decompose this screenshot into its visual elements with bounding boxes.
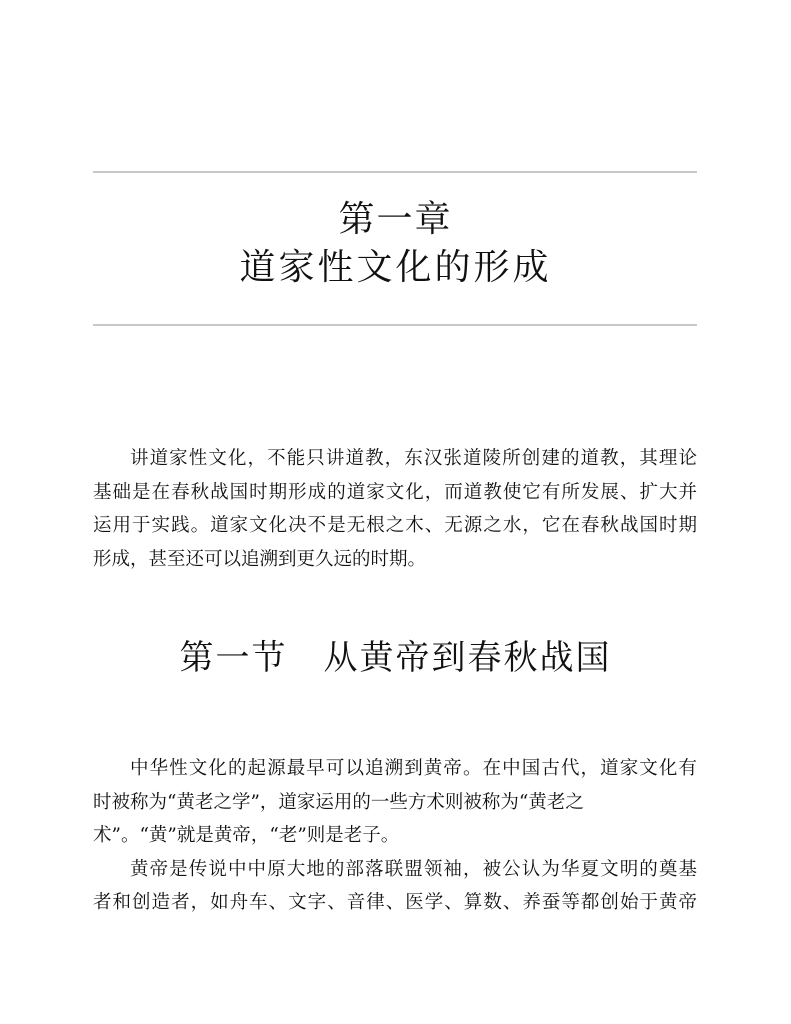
body-line: 中华性文化的起源最早可以追溯到黄帝。在中国古代，道家文化有 bbox=[93, 752, 697, 786]
chapter-title: 道家性文化的形成 bbox=[0, 246, 791, 290]
body-line: 时被称为“黄老之学”，道家运用的一些方术则被称为“黄老之 bbox=[93, 786, 697, 820]
intro-line: 基础是在春秋战国时期形成的道家文化，而道教使它有所发展、扩大并 bbox=[93, 476, 697, 510]
chapter-bottom-rule bbox=[93, 324, 697, 326]
intro-line: 形成，甚至还可以追溯到更久远的时期。 bbox=[93, 543, 697, 577]
section-title: 第一节 从黄帝到春秋战国 bbox=[0, 636, 791, 680]
body-line: 者和创造者，如舟车、文字、音律、医学、算数、养蚕等都创始于黄帝 bbox=[93, 886, 697, 920]
chapter-number: 第一章 bbox=[0, 198, 791, 242]
body-paragraph: 中华性文化的起源最早可以追溯到黄帝。在中国古代，道家文化有 时被称为“黄老之学”… bbox=[93, 752, 697, 920]
body-line: 术”。“黄”就是黄帝，“老”则是老子。 bbox=[93, 819, 697, 853]
intro-line: 运用于实践。道家文化决不是无根之木、无源之水，它在春秋战国时期 bbox=[93, 509, 697, 543]
intro-line: 讲道家性文化，不能只讲道教，东汉张道陵所创建的道教，其理论 bbox=[93, 442, 697, 476]
intro-paragraph: 讲道家性文化，不能只讲道教，东汉张道陵所创建的道教，其理论 基础是在春秋战国时期… bbox=[93, 442, 697, 576]
body-line: 黄帝是传说中中原大地的部落联盟领袖，被公认为华夏文明的奠基 bbox=[93, 853, 697, 887]
chapter-top-rule bbox=[93, 171, 697, 173]
